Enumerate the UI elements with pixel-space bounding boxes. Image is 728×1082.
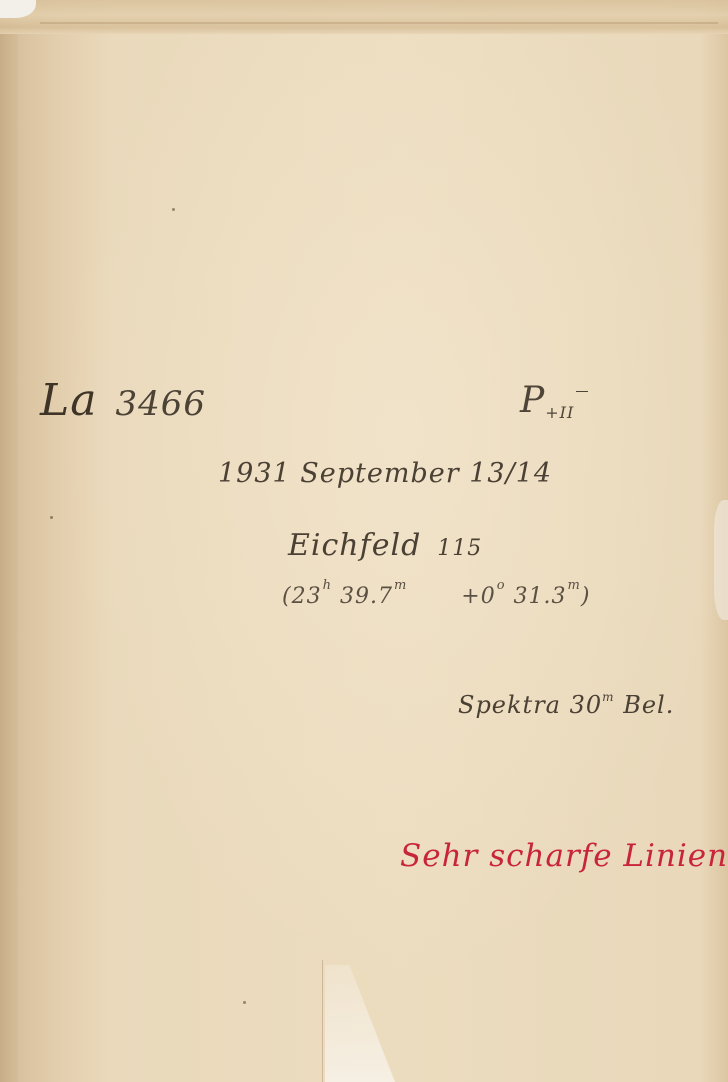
catalog-prefix: La bbox=[40, 375, 97, 426]
top-fold-crease bbox=[40, 22, 718, 24]
close-paren: ) bbox=[581, 584, 591, 609]
catalog-id: La3466 bbox=[40, 375, 206, 426]
field-designation: Eichfeld115 bbox=[288, 528, 482, 563]
dec-minutes-unit: m bbox=[568, 578, 581, 593]
coordinates: (23h 39.7m +0o 31.3m) bbox=[282, 578, 590, 609]
red-annotation: Sehr scharfe Linien bbox=[400, 838, 728, 874]
bottom-crease bbox=[322, 960, 323, 1082]
ra-minutes: 39.7 bbox=[340, 584, 393, 609]
plate-mark-letter: P bbox=[520, 380, 545, 421]
ra-minutes-unit: m bbox=[394, 578, 407, 593]
dec-minutes: 31.3 bbox=[514, 584, 567, 609]
exposure-unit: m bbox=[602, 690, 614, 704]
ink-speck bbox=[50, 516, 53, 519]
exposure-note: Spektra 30m Bel. bbox=[458, 690, 674, 719]
dec-degrees: +0 bbox=[461, 584, 495, 609]
exposure-value: 30 bbox=[570, 691, 603, 719]
exposure-suffix: Bel. bbox=[623, 691, 674, 719]
ink-speck bbox=[243, 1001, 246, 1004]
right-edge-tear bbox=[714, 500, 728, 620]
left-edge-shadow bbox=[0, 0, 18, 1082]
ra-hours-unit: h bbox=[323, 578, 332, 593]
catalog-number: 3466 bbox=[115, 384, 206, 424]
field-number: 115 bbox=[437, 536, 482, 561]
field-label: Eichfeld bbox=[288, 528, 421, 563]
plate-mark: P+II bbox=[520, 380, 588, 422]
ink-speck bbox=[172, 208, 175, 211]
ra-hours: 23 bbox=[292, 584, 322, 609]
top-fold-flap bbox=[0, 0, 728, 34]
plate-mark-sub: +II bbox=[545, 403, 574, 422]
observation-date: 1931 September 13/14 bbox=[218, 458, 552, 489]
plate-mark-bar bbox=[576, 391, 588, 392]
dec-degrees-unit: o bbox=[497, 578, 506, 593]
open-paren: ( bbox=[282, 584, 292, 609]
exposure-label: Spektra bbox=[458, 691, 561, 719]
